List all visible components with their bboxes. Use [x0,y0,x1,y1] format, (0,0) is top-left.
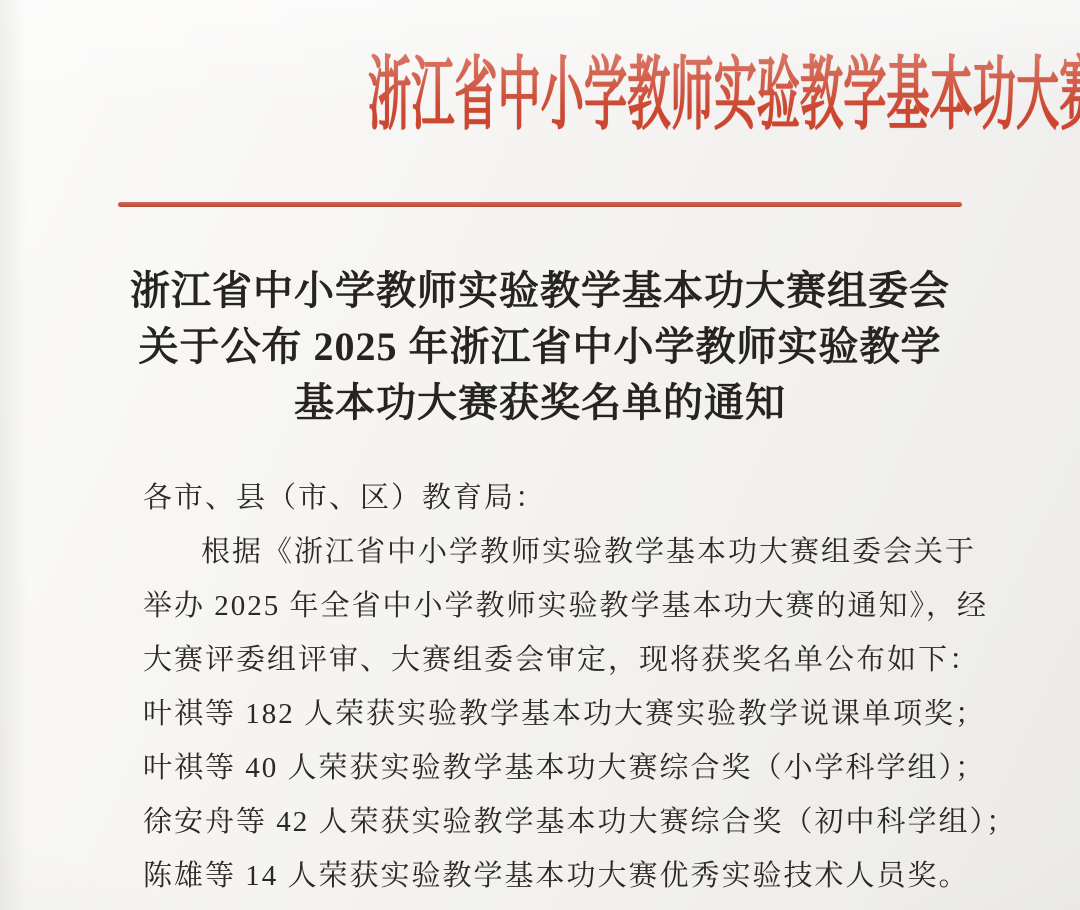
document-title-line-1: 浙江省中小学教师实验教学基本功大赛组委会 [0,263,1080,319]
body-line: 徐安舟等 42 人荣获实验教学基本功大赛综合奖（初中科学组）； [143,795,967,849]
body-line: 叶祺等 40 人荣获实验教学基本功大赛综合奖（小学科学组）； [143,741,967,795]
scanned-official-document: 浙江省中小学教师实验教学基本功大赛组委会 浙江省中小学教师实验教学基本功大赛组委… [0,0,1080,910]
body-line: 陈雄等 14 人荣获实验教学基本功大赛优秀实验技术人员奖。 [143,849,967,903]
document-title-line-3: 基本功大赛获奖名单的通知 [0,375,1080,431]
body-line: 叶祺等 182 人荣获实验教学基本功大赛实验教学说课单项奖； [143,687,967,741]
document-title-line-2: 关于公布 2025 年浙江省中小学教师实验教学 [0,319,1080,375]
body-line: 举办 2025 年全省中小学教师实验教学基本功大赛的通知》，经 [143,579,967,633]
document-title: 浙江省中小学教师实验教学基本功大赛组委会 关于公布 2025 年浙江省中小学教师… [0,263,1080,431]
salutation-line: 各市、县（市、区）教育局： [143,471,967,525]
document-body: 各市、县（市、区）教育局： 根据《浙江省中小学教师实验教学基本功大赛组委会关于 … [143,471,967,903]
letterhead-title: 浙江省中小学教师实验教学基本功大赛组委会 [368,52,1080,142]
letterhead: 浙江省中小学教师实验教学基本功大赛组委会 [0,52,1080,142]
red-divider-line [118,202,962,207]
body-line: 根据《浙江省中小学教师实验教学基本功大赛组委会关于 [143,525,967,579]
body-line: 大赛评委组评审、大赛组委会审定，现将获奖名单公布如下： [143,633,967,687]
